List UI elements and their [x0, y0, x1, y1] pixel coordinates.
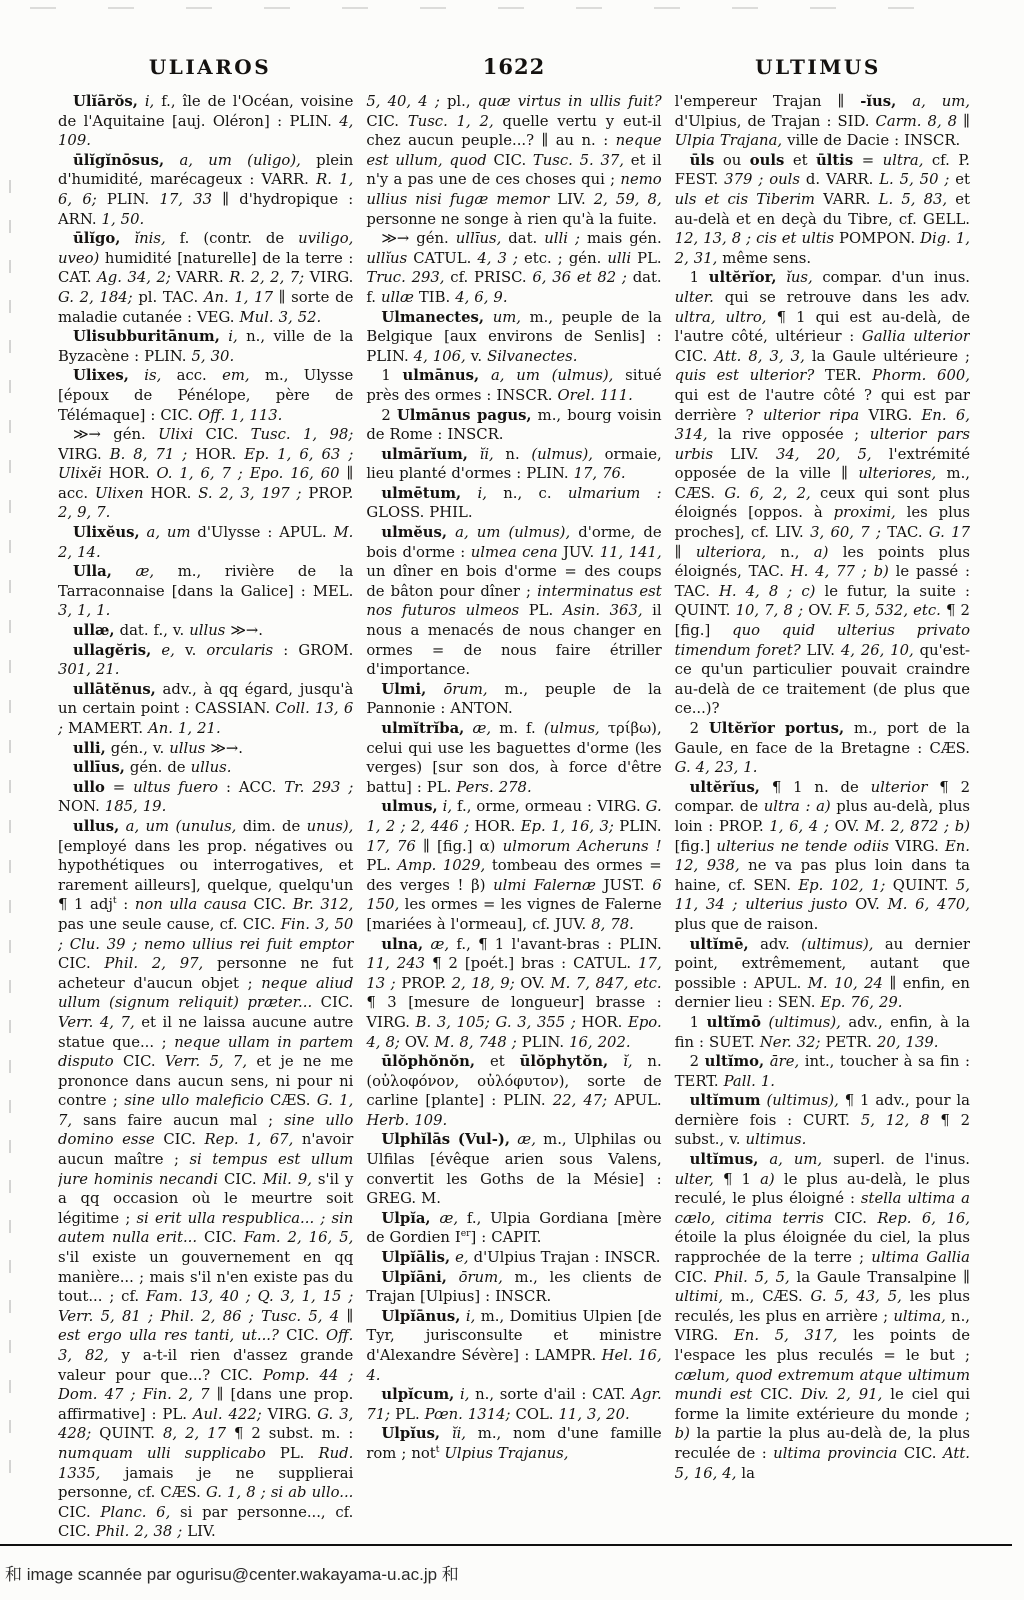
- column-2: 5, 40, 4 ; pl., quæ virtus in ullis fuit…: [366, 92, 661, 1542]
- entry-paragraph: ūlĭgĭnōsus, a, um (uligo), plein d'humid…: [58, 151, 353, 229]
- entry-paragraph: ullo = ultus fuero : ACC. Tr. 293 ; NON.…: [58, 778, 353, 817]
- scan-credit-text: 和 image scannée par ogurisu@center.wakay…: [5, 1565, 459, 1584]
- entry-paragraph: ultĕrĭus, ¶ 1 n. de ulterior ¶ 2 compar.…: [675, 778, 970, 935]
- entry-paragraph: 1 ultĕrĭor, ĭus, compar. d'un inus. ulte…: [675, 268, 970, 719]
- page-number: 1622: [362, 54, 666, 79]
- entry-paragraph: Ulphĭlās (Vul-), æ, m., Ulphilas ou Ulfi…: [366, 1130, 661, 1208]
- entry-paragraph: Ulisubburitānum, i, n., ville de la Byza…: [58, 327, 353, 366]
- entry-paragraph: Ulpĭa, æ, f., Ulpia Gordiana [mère de Go…: [366, 1209, 661, 1248]
- entry-paragraph: ≫→ gén. Ulixi CIC. Tusc. 1, 98; VIRG. B.…: [58, 425, 353, 523]
- entry-paragraph: Ulpĭāni, ōrum, m., les clients de Trajan…: [366, 1268, 661, 1307]
- entry-paragraph: Ulpĭus, ĭi, m., nom d'une famille rom ; …: [366, 1424, 661, 1463]
- entry-paragraph: ulpĭcum, i, n., sorte d'ail : CAT. Agr. …: [366, 1385, 661, 1424]
- entry-paragraph: Ulixĕus, a, um d'Ulysse : APUL. M. 2, 14…: [58, 523, 353, 562]
- page-header: ULIAROS 1622 ULTIMUS: [58, 54, 970, 79]
- entry-paragraph: ūlĭgo, ĭnis, f. (contr. de uviligo, uveo…: [58, 229, 353, 327]
- entry-paragraph: 2 ultĭmo, āre, int., toucher à sa fin : …: [675, 1052, 970, 1091]
- entry-paragraph: Ulla, æ, m., rivière de la Tarraconnaise…: [58, 562, 353, 621]
- entry-paragraph: ultĭmum (ultimus), ¶ 1 adv., pour la der…: [675, 1091, 970, 1150]
- entry-paragraph: Ulmi, ōrum, m., peuple de la Pannonie : …: [366, 680, 661, 719]
- entry-paragraph: Ulpĭālis, e, d'Ulpius Trajan : INSCR.: [366, 1248, 661, 1268]
- scan-footer: 和 image scannée par ogurisu@center.wakay…: [5, 1560, 1024, 1585]
- entry-paragraph: ulmārĭum, ĭi, n. (ulmus), ormaie, lieu p…: [366, 445, 661, 484]
- scan-edge-line: [0, 1544, 1012, 1546]
- entry-paragraph: Ulmanectes, um, m., peuple de la Belgiqu…: [366, 308, 661, 367]
- entry-paragraph: ulmētum, i, n., c. ulmarium : GLOSS. PHI…: [366, 484, 661, 523]
- header-guide-word-left: ULIAROS: [58, 55, 362, 79]
- entry-paragraph: ulli, gén., v. ullus ≫→.: [58, 739, 353, 759]
- entry-paragraph: ūls ou ouls et ūltis = ultra, cf. P. FES…: [675, 151, 970, 269]
- entry-paragraph: l'empereur Trajan ∥ -ĭus, a, um, d'Ulpiu…: [675, 92, 970, 151]
- dictionary-page: ULIAROS 1622 ULTIMUS Ulĭārŏs, i, f., île…: [0, 0, 1024, 1600]
- entry-paragraph: 2 Ultĕrĭor portus, m., port de la Gaule,…: [675, 719, 970, 778]
- entry-paragraph: ullīus, gén. de ullus.: [58, 758, 353, 778]
- entry-paragraph: Ulpĭānus, i, m., Domitius Ulpien [de Tyr…: [366, 1307, 661, 1385]
- entry-paragraph: ulna, æ, f., ¶ 1 l'avant-bras : PLIN. 11…: [366, 935, 661, 1053]
- entry-paragraph: 1 ultĭmō (ultimus), adv., enfin, à la fi…: [675, 1013, 970, 1052]
- header-guide-word-right: ULTIMUS: [666, 55, 970, 79]
- entry-paragraph: 1 ulmānus, a, um (ulmus), situé près des…: [366, 366, 661, 405]
- entry-paragraph: 5, 40, 4 ; pl., quæ virtus in ullis fuit…: [366, 92, 661, 229]
- scan-artifact-top: [30, 7, 960, 9]
- entry-paragraph: ullæ, dat. f., v. ullus ≫→.: [58, 621, 353, 641]
- entry-paragraph: ulmĕus, a, um (ulmus), d'orme, de bois d…: [366, 523, 661, 680]
- entry-paragraph: ullus, a, um (unulus, dim. de unus), [em…: [58, 817, 353, 1542]
- dictionary-text: Ulĭārŏs, i, f., île de l'Océan, voisine …: [58, 92, 970, 1542]
- entry-paragraph: ullagĕris, e, v. orcularis : GROM. 301, …: [58, 641, 353, 680]
- entry-paragraph: ≫→ gén. ullīus, dat. ulli ; mais gén. ul…: [366, 229, 661, 307]
- column-1: Ulĭārŏs, i, f., île de l'Océan, voisine …: [58, 92, 353, 1542]
- scan-artifact-left: [9, 180, 11, 1480]
- entry-paragraph: ūlŏphŏnŏn, et ūlŏphytŏn, ĭ, n. (οὐλοφόνο…: [366, 1052, 661, 1130]
- entry-paragraph: 2 Ulmānus pagus, m., bourg voisin de Rom…: [366, 406, 661, 445]
- entry-paragraph: ultĭmus, a, um, superl. de l'inus. ulter…: [675, 1150, 970, 1483]
- column-3: l'empereur Trajan ∥ -ĭus, a, um, d'Ulpiu…: [675, 92, 970, 1542]
- entry-paragraph: ulmĭtrĭba, æ, m. f. (ulmus, τρίβω), celu…: [366, 719, 661, 797]
- entry-paragraph: Ulixes, is, acc. em, m., Ulysse [époux d…: [58, 366, 353, 425]
- entry-paragraph: Ulĭārŏs, i, f., île de l'Océan, voisine …: [58, 92, 353, 151]
- entry-paragraph: ulmus, i, f., orme, ormeau : VIRG. G. 1,…: [366, 797, 661, 934]
- entry-paragraph: ultĭmē, adv. (ultimus), au dernier point…: [675, 935, 970, 1013]
- entry-paragraph: ullātĕnus, adv., à qq égard, jusqu'à un …: [58, 680, 353, 739]
